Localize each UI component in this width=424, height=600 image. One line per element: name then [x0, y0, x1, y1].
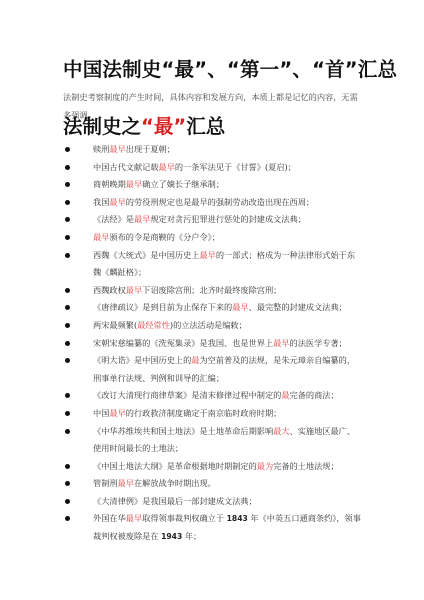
list-item: 赎刑最早出现于夏朝； — [63, 141, 363, 159]
item-text: 年； — [182, 531, 201, 541]
highlighted-term: 最早 — [126, 513, 142, 523]
item-text: 确立了嫡长子继承制； — [142, 179, 224, 189]
highlighted-term: 最早 — [232, 302, 248, 312]
item-text: 规定对贪污犯罪进行惩处的封建成文法典； — [150, 214, 306, 224]
highlighted-term: 最经常性 — [137, 320, 170, 330]
item-text: 《改订大清现行商律草案》是清末修律过程中制定的 — [93, 390, 281, 400]
highlighted-term: 最大 — [273, 426, 289, 436]
bullet-list: 赎刑最早出现于夏朝；中国古代文献记载最早的一条军法见于《甘誓》(夏启)；商朝晚期… — [63, 141, 363, 546]
bullet-icon — [65, 165, 70, 170]
highlighted-term: 最为 — [257, 461, 273, 471]
item-text: 颁布的令是商鞅的《分户令》； — [109, 232, 220, 242]
list-item: 《中华苏维埃共和国土地法》是土地革命后期影响最大、实施地区最广、使用时间最长的土… — [63, 423, 363, 458]
item-text: 《明大诰》是中国历史上的 — [93, 355, 191, 365]
list-item: 管制刑最早在解放战争时期出现。 — [63, 475, 363, 493]
highlighted-term: 最早 — [93, 232, 109, 242]
section-heading-quote-close: ” — [173, 115, 186, 138]
item-text: 的劳役刑规定也是最早的强制劳动改造出现在西周； — [126, 197, 314, 207]
item-text: 西魏政权 — [93, 285, 126, 295]
list-item: 中国古代文献记载最早的一条军法见于《甘誓》(夏启)； — [63, 159, 363, 177]
item-text: 的一条军法见于《甘誓》(夏启)； — [175, 162, 296, 172]
highlighted-term: 最早 — [109, 408, 125, 418]
bullet-icon — [65, 235, 70, 240]
item-text: 下诏废除宫刑；北齐时最终废除宫刑； — [142, 285, 281, 295]
document-title: 中国法制史“最”、“第一”、“首”汇总 — [63, 58, 383, 82]
item-text: 在解放战争时期出现。 — [134, 478, 216, 488]
section-heading: 法制史之“最”汇总 — [63, 114, 225, 140]
list-item: 《明大诰》是中国历史上的最为空前普及的法规，是朱元璋亲自编纂的，刑事单行法规、判… — [63, 352, 363, 387]
item-text: 中国 — [93, 408, 109, 418]
item-text: 《大清律例》是我国最后一部封建成文法典； — [93, 496, 257, 506]
year-number: 1943 — [161, 532, 182, 541]
bullet-icon — [65, 217, 70, 222]
item-text: 赎刑 — [93, 144, 109, 154]
bullet-icon — [65, 411, 70, 416]
list-item: 外国在华最早取得领事裁判权确立于 1843 年《中英五口通商条约》，领事裁判权被… — [63, 510, 363, 545]
bullet-icon — [65, 323, 70, 328]
highlighted-term: 最早 — [134, 214, 150, 224]
item-text: 出现于夏朝； — [126, 144, 175, 154]
highlighted-term: 最早 — [126, 179, 142, 189]
bullet-icon — [65, 464, 70, 469]
bullet-icon — [65, 429, 70, 434]
section-heading-prefix: 法制史之 — [63, 115, 141, 138]
year-number: 1843 — [227, 514, 248, 523]
bullet-icon — [65, 253, 70, 258]
item-text: 宋朝宋慈编纂的《洗冤集录》是我国、也是世界上 — [93, 338, 273, 348]
bullet-icon — [65, 341, 70, 346]
item-text: 《中国土地法大纲》是革命根据地时期制定的 — [93, 461, 257, 471]
list-item: 西魏政权最早下诏废除宫刑；北齐时最终废除宫刑； — [63, 282, 363, 300]
item-text: 管制刑 — [93, 478, 118, 488]
item-text: 中国古代文献记载 — [93, 162, 159, 172]
list-item: 《改订大清现行商律草案》是清末修律过程中制定的最完备的商法； — [63, 387, 363, 405]
highlighted-term: 最早 — [126, 285, 142, 295]
document-page: 中国法制史“最”、“第一”、“首”汇总 法制史考察制度的产生时间，具体内容和发展… — [0, 0, 424, 600]
item-text: 两宋最频繁( — [93, 320, 137, 330]
item-text: 西魏《大统式》是中国历史上 — [93, 250, 199, 260]
bullet-icon — [65, 393, 70, 398]
list-item: 《大清律例》是我国最后一部封建成文法典； — [63, 493, 363, 511]
item-text: 取得领事裁判权确立于 — [142, 513, 226, 523]
highlighted-term: 最早 — [118, 478, 134, 488]
item-text: 的行政救济制度确定于南京临时政府时期； — [126, 408, 282, 418]
list-item: 《唐律疏议》是到目前为止保存下来的最早、最完整的封建成文法典； — [63, 299, 363, 317]
item-text: 《中华苏维埃共和国土地法》是土地革命后期影响 — [93, 426, 273, 436]
list-item: 西魏《大统式》是中国历史上最早的一部式；格成为一种法律形式始于东魏《麟趾格》； — [63, 247, 363, 282]
highlighted-term: 最 — [281, 390, 289, 400]
bullet-icon — [65, 182, 70, 187]
highlighted-term: 最早 — [273, 338, 289, 348]
list-item: 中国最早的行政救济制度确定于南京临时政府时期； — [63, 405, 363, 423]
bullet-icon — [65, 516, 70, 521]
item-text: )的立法活动是编敕； — [170, 320, 247, 330]
bullet-icon — [65, 147, 70, 152]
section-heading-highlight: 最 — [154, 115, 174, 138]
list-item: 《法经》是最早规定对贪污犯罪进行惩处的封建成文法典； — [63, 211, 363, 229]
highlighted-term: 最早 — [109, 197, 125, 207]
bullet-icon — [65, 358, 70, 363]
list-item: 《中国土地法大纲》是革命根据地时期制定的最为完备的土地法规； — [63, 458, 363, 476]
bullet-icon — [65, 499, 70, 504]
list-item: 最早颁布的令是商鞅的《分户令》； — [63, 229, 363, 247]
section-heading-suffix: 汇总 — [186, 115, 225, 138]
item-text: 完备的商法； — [290, 390, 339, 400]
list-item: 我国最早的劳役刑规定也是最早的强制劳动改造出现在西周； — [63, 194, 363, 212]
highlighted-term: 最早 — [109, 144, 125, 154]
list-item: 宋朝宋慈编纂的《洗冤集录》是我国、也是世界上最早的法医学专著； — [63, 335, 363, 353]
highlighted-term: 最早 — [199, 250, 215, 260]
list-item: 两宋最频繁(最经常性)的立法活动是编敕； — [63, 317, 363, 335]
highlighted-term: 最早 — [159, 162, 175, 172]
item-text: 外国在华 — [93, 513, 126, 523]
item-text: 《法经》是 — [93, 214, 134, 224]
item-text: 商朝晚期 — [93, 179, 126, 189]
item-text: 我国 — [93, 197, 109, 207]
item-text: 的法医学专著； — [290, 338, 347, 348]
bullet-icon — [65, 200, 70, 205]
bullet-icon — [65, 481, 70, 486]
section-heading-quote-open: “ — [141, 115, 154, 138]
bullet-icon — [65, 288, 70, 293]
list-item: 商朝晚期最早确立了嫡长子继承制； — [63, 176, 363, 194]
item-text: 完备的土地法规； — [273, 461, 339, 471]
bullet-icon — [65, 305, 70, 310]
item-text: 、最完整的封建成文法典； — [249, 302, 347, 312]
item-text: 《唐律疏议》是到目前为止保存下来的 — [93, 302, 232, 312]
